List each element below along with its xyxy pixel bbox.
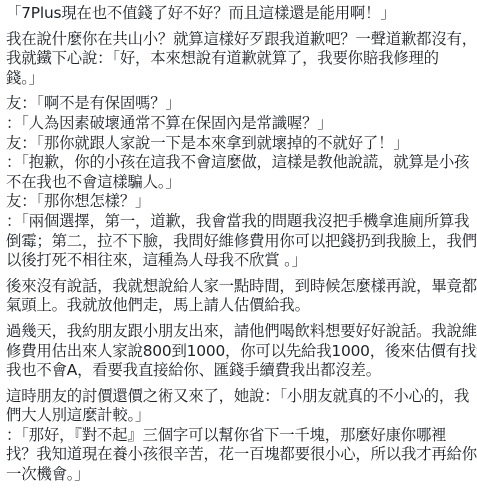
- text-line: 友：「那你就跟人家說一下是本來拿到就壞掉的不就好了！」: [6, 134, 477, 154]
- text-line: 這時朋友的討價還價之術又來了，她說：「小朋友就真的不小心的，我: [6, 387, 477, 407]
- paragraph-bargaining: 這時朋友的討價還價之術又來了，她說：「小朋友就真的不小心的，我 們大人別這麼計較…: [6, 387, 477, 485]
- text-line: ：「那好，『對不起』三個字可以幫你省下一千塊，那麼好康你哪裡: [6, 426, 477, 446]
- text-line: 後來沒有說話，我就想說給人家一點時間，到時候怎麼樣再說，畢竟都: [6, 277, 477, 297]
- text-line: 我就鐵下心說：「好，本來想說有道歉就算了，我要你賠我修理的: [6, 49, 477, 69]
- text-line: 過幾天，我約朋友跟小朋友出來，請他們喝飲料想要好好說話。我說維: [6, 322, 477, 342]
- text-line: 友：「那你想怎樣？」: [6, 192, 477, 212]
- text-line: 「7Plus現在也不值錢了好不好？而且這樣還是能用啊！」: [6, 4, 477, 24]
- paragraph-apology: 我在說什麼你在共山小？就算這樣好歹跟我道歉吧？一聲道歉都沒有， 我就鐵下心說：「…: [6, 30, 477, 89]
- text-line: 不在我也不會這樣騙人。」: [6, 173, 477, 193]
- text-line: 倒霉；第二，拉不下臉，我問好維修費用你可以把錢扔到我臉上，我們: [6, 232, 477, 252]
- paragraph-aftermath: 後來沒有說話，我就想說給人家一點時間，到時候怎麼樣再說，畢竟都 氣頭上。我就放他…: [6, 277, 477, 316]
- paragraph-meeting: 過幾天，我約朋友跟小朋友出來，請他們喝飲料想要好好說話。我說維 修費用估出來人家…: [6, 322, 477, 381]
- text-line: 修費用估出來人家說800到1000，你可以先給我1000，後來估價有找錢: [6, 342, 477, 362]
- text-line: 我在說什麼你在共山小？就算這樣好歹跟我道歉吧？一聲道歉都沒有，: [6, 30, 477, 50]
- text-line: 找？我知道現在養小孩很辛苦，花一百塊都要很小心，所以我才再給你: [6, 445, 477, 465]
- text-line: 友：「啊不是有保固嗎？」: [6, 94, 477, 114]
- text-line: 一次機會。」: [6, 465, 477, 485]
- post-body: 「7Plus現在也不值錢了好不好？而且這樣還是能用啊！」 我在說什麼你在共山小？…: [0, 0, 477, 485]
- text-line: 們大人別這麼計較。」: [6, 406, 477, 426]
- text-line: ：「人為因素破壞通常不算在保固內是常識喔？」: [6, 114, 477, 134]
- paragraph-quote: 「7Plus現在也不值錢了好不好？而且這樣還是能用啊！」: [6, 4, 477, 24]
- text-line: 以後打死不相往來，這種為人母我不欣賞 。」: [6, 251, 477, 271]
- text-line: 錢。」: [6, 69, 477, 89]
- text-line: ：「兩個選擇，第一，道歉，我會當我的問題我沒把手機拿進廁所算我: [6, 212, 477, 232]
- text-line: 氣頭上。我就放他們走，馬上請人估價給我。: [6, 296, 477, 316]
- text-line: ：「抱歉，你的小孩在這我不會這麼做，這樣是教他說謊，就算是小孩: [6, 153, 477, 173]
- text-line: 我也不會A，看要我直接給你、匯錢手續費我出都沒差。: [6, 361, 477, 381]
- paragraph-dialogue: 友：「啊不是有保固嗎？」 ：「人為因素破壞通常不算在保固內是常識喔？」 友：「那…: [6, 94, 477, 270]
